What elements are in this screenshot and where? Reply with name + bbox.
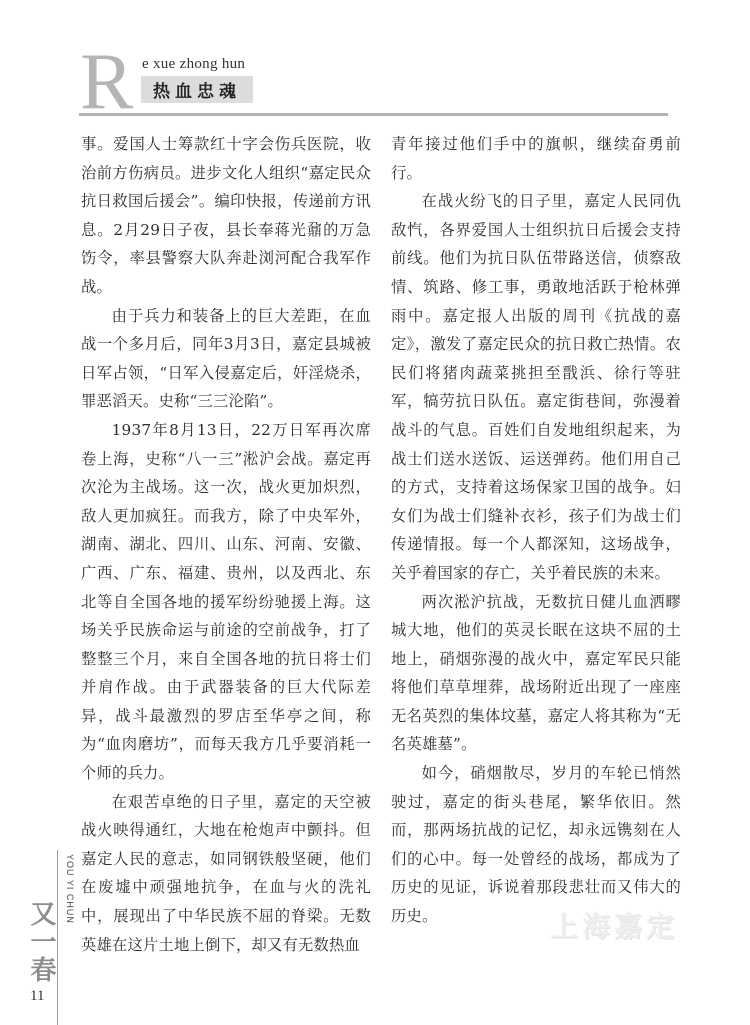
paragraph: 1937年8月13日，22万日军再次席卷上海，史称“八一三”淞沪会战。嘉定再次沦… <box>81 416 371 788</box>
magazine-sidebar: YOU YI CHUN 又一春 11 <box>20 840 80 1025</box>
section-title: 热血忠魂 <box>153 77 241 102</box>
paragraph: 在艰苦卓绝的日子里，嘉定的天空被战火映得通红，大地在枪炮声中颤抖。但嘉定人民的意… <box>81 788 371 960</box>
sidebar-divider <box>57 850 58 1025</box>
section-pinyin: e xue zhong hun <box>142 56 245 73</box>
paragraph: 事。爱国人士筹款红十字会伤兵医院，收治前方伤病员。进步文化人组织“嘉定民众抗日救… <box>81 130 371 302</box>
paragraph: 由于兵力和装备上的巨大差距，在血战一个多月后，同年3月3日，嘉定县城被日军占领，… <box>81 302 371 416</box>
paragraph: 青年接过他们手中的旗帜，继续奋勇前行。 <box>391 130 681 187</box>
section-header: R e xue zhong hun 热血忠魂 <box>80 48 680 118</box>
left-column: 事。爱国人士筹款红十字会伤兵医院，收治前方伤病员。进步文化人组织“嘉定民众抗日救… <box>81 130 371 959</box>
page-number: 11 <box>30 988 44 1005</box>
section-title-box: 热血忠魂 <box>141 76 253 103</box>
drop-letter: R <box>80 42 133 122</box>
magazine-pinyin: YOU YI CHUN <box>65 854 75 924</box>
watermark: 上海嘉定 <box>550 905 678 945</box>
magazine-logo: 又一春 <box>26 900 56 984</box>
right-column: 青年接过他们手中的旗帜，继续奋勇前行。 在战火纷飞的日子里，嘉定人民同仇敌忾，各… <box>391 130 681 931</box>
header-divider <box>79 113 668 116</box>
paragraph: 两次淞沪抗战，无数抗日健儿血洒疁城大地，他们的英灵长眠在这块不屈的土地上，硝烟弥… <box>391 588 681 760</box>
paragraph: 在战火纷飞的日子里，嘉定人民同仇敌忾，各界爱国人士组织抗日后援会支持前线。他们为… <box>391 187 681 587</box>
